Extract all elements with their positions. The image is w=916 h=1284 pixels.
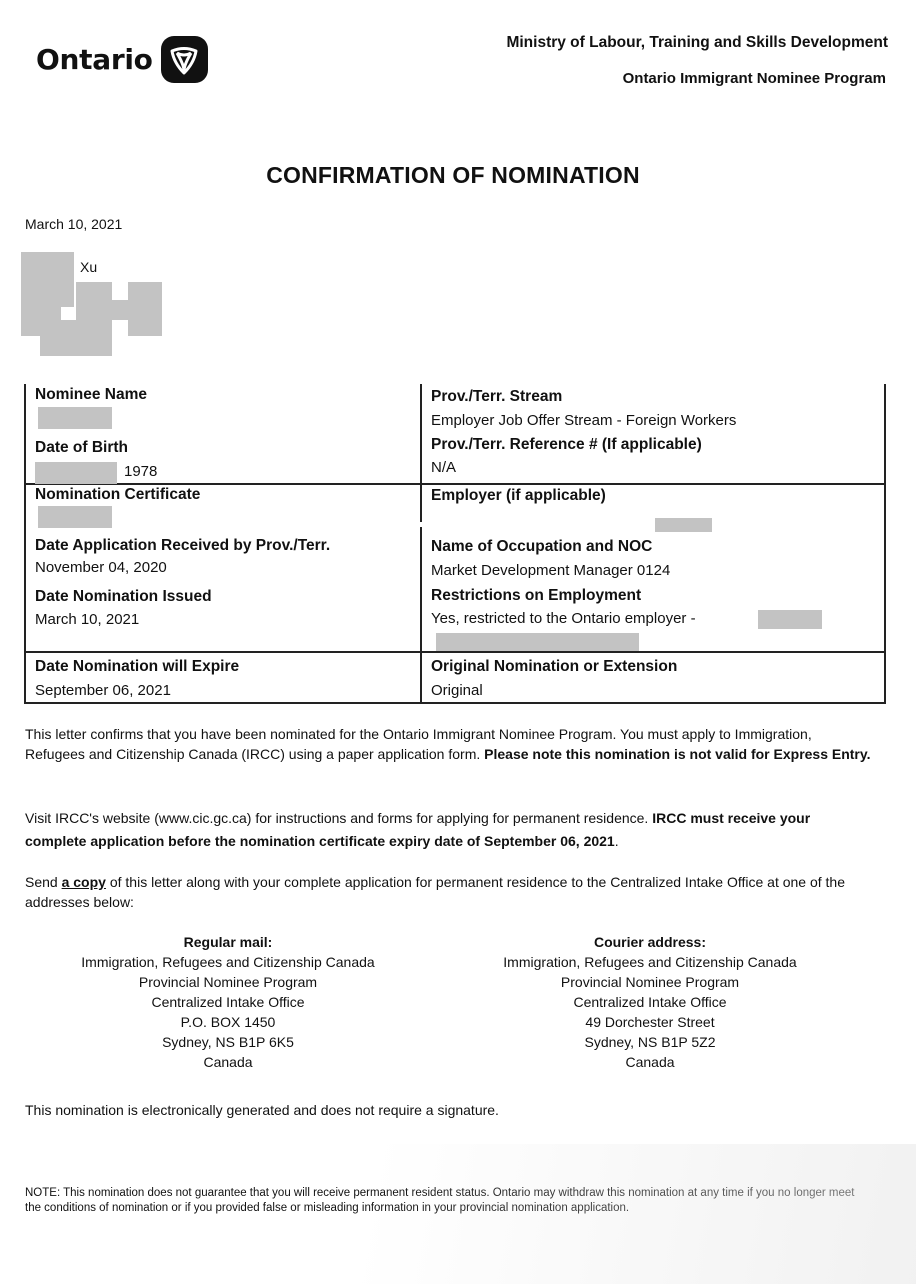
restrictions-employer-redacted bbox=[758, 610, 822, 629]
document-title: CONFIRMATION OF NOMINATION bbox=[0, 162, 906, 189]
employer-redacted bbox=[655, 518, 712, 532]
dob-redacted bbox=[35, 462, 117, 484]
reference-value: N/A bbox=[431, 459, 456, 476]
date-issued-label: Date Nomination Issued bbox=[35, 588, 212, 606]
certificate-redacted bbox=[38, 506, 112, 528]
restrictions-employer-redacted-2 bbox=[436, 633, 639, 651]
nominee-name-label: Nominee Name bbox=[35, 386, 147, 404]
paragraph-send-copy: Send a copy of this letter along with yo… bbox=[25, 872, 875, 912]
trillium-icon bbox=[161, 36, 208, 83]
restrictions-value: Yes, restricted to the Ontario employer … bbox=[431, 610, 696, 627]
dob-label: Date of Birth bbox=[35, 439, 128, 457]
date-received-label: Date Application Received by Prov./Terr. bbox=[35, 537, 330, 555]
original-extension-value: Original bbox=[431, 682, 483, 699]
dob-year: 1978 bbox=[124, 463, 157, 480]
express-entry-warning: Please note this nomination is not valid… bbox=[484, 746, 870, 762]
nomination-details-table: Nominee Name Date of Birth 1978 Nominati… bbox=[24, 384, 886, 704]
date-received-value: November 04, 2020 bbox=[35, 559, 167, 576]
certificate-label: Nomination Certificate bbox=[35, 486, 200, 504]
signature-note: This nomination is electronically genera… bbox=[25, 1100, 875, 1120]
nominee-name-redacted bbox=[38, 407, 112, 429]
date-expire-value: September 06, 2021 bbox=[35, 682, 171, 699]
occupation-label: Name of Occupation and NOC bbox=[431, 538, 652, 556]
logo-text: Ontario bbox=[36, 43, 153, 76]
ontario-logo: Ontario bbox=[36, 36, 208, 83]
date-issued-value: March 10, 2021 bbox=[35, 611, 139, 628]
addressee-fragment: Xu bbox=[80, 259, 97, 275]
employer-label: Employer (if applicable) bbox=[431, 487, 606, 505]
program-name: Ontario Immigrant Nominee Program bbox=[623, 70, 886, 87]
occupation-value: Market Development Manager 0124 bbox=[431, 562, 670, 579]
restrictions-label: Restrictions on Employment bbox=[431, 587, 641, 605]
letter-date: March 10, 2021 bbox=[25, 216, 122, 232]
ministry-name: Ministry of Labour, Training and Skills … bbox=[506, 33, 888, 52]
paragraph-ircc-instructions: Visit IRCC's website (www.cic.gc.ca) for… bbox=[25, 807, 875, 853]
reference-label: Prov./Terr. Reference # (If applicable) bbox=[431, 436, 702, 454]
footer-note: NOTE: This nomination does not guarantee… bbox=[25, 1186, 855, 1216]
date-expire-label: Date Nomination will Expire bbox=[35, 658, 239, 676]
regular-mail-address: Regular mail: Immigration, Refugees and … bbox=[38, 932, 418, 1072]
a-copy-emphasis: a copy bbox=[62, 874, 106, 890]
stream-value: Employer Job Offer Stream - Foreign Work… bbox=[431, 412, 736, 429]
original-extension-label: Original Nomination or Extension bbox=[431, 658, 677, 676]
courier-address: Courier address: Immigration, Refugees a… bbox=[460, 932, 840, 1072]
stream-label: Prov./Terr. Stream bbox=[431, 388, 562, 406]
paragraph-nomination-confirmation: This letter confirms that you have been … bbox=[25, 724, 875, 764]
